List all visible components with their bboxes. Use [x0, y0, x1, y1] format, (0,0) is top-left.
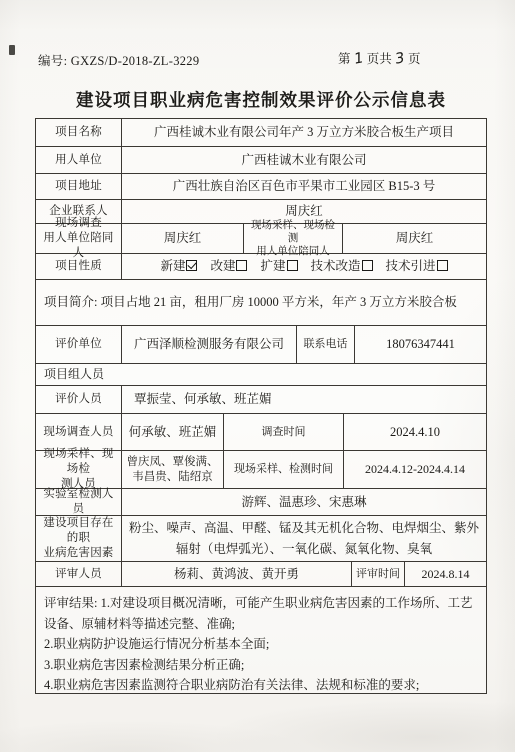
review-time-value: 2024.8.14 — [405, 562, 486, 586]
escort-value-2: 周庆红 — [343, 224, 486, 253]
escort-value: 周庆红 — [122, 224, 244, 253]
evaluators-value: 覃振莹、何承敏、班芷媚 — [122, 386, 486, 413]
row-address: 项目地址 广西壮族自治区百色市平果市工业园区 B15-3 号 — [36, 174, 486, 200]
evaluators-label: 评价人员 — [36, 386, 122, 413]
page-word: 第 — [338, 52, 351, 66]
team-header-text: 项目组人员 — [36, 364, 486, 385]
address-value: 广西壮族自治区百色市平果市工业园区 B15-3 号 — [122, 174, 486, 199]
hazards-value: 粉尘、噪声、高温、甲醛、锰及其无机化合物、电焊烟尘、紫外辐射（电焊弧光）、一氧化… — [122, 516, 486, 561]
nature-option-tech-upgrade: 技术改造 — [311, 259, 373, 274]
evaluator-org-value: 广西泽顺检测服务有限公司 — [122, 326, 297, 363]
checkbox-icon — [236, 260, 247, 271]
phone-label: 联系电话 — [297, 326, 355, 363]
review-result-line: 2.职业病防护设施运行情况分析基本全面; — [44, 634, 269, 655]
form-table: 项目名称 广西桂诚木业有限公司年产 3 万立方米胶合板生产项目 用人单位 广西桂… — [35, 118, 487, 694]
reviewers-value: 杨莉、黄鸿波、黄开勇 — [122, 562, 352, 586]
row-lab-staff: 实验室检测人员 游辉、温惠珍、宋惠琳 — [36, 489, 486, 516]
sampling-staff-value: 曾庆凤、覃俊满、 韦昌贵、陆绍京 — [122, 451, 224, 488]
checkbox-icon — [287, 260, 298, 271]
page-current-handwritten: 1 — [354, 50, 363, 68]
row-evaluators: 评价人员 覃振莹、何承敏、班芷媚 — [36, 386, 486, 414]
row-review-result: 评审结果: 1.对建设项目概况清晰，可能产生职业病危害因素的工作场所、工艺 设备… — [36, 587, 486, 693]
page-total-handwritten: 3 — [395, 50, 404, 68]
address-label: 项目地址 — [36, 174, 122, 199]
sampling-time-label: 现场采样、检测时间 — [224, 451, 344, 488]
survey-staff-value: 何承敏、班芷媚 — [122, 414, 224, 450]
review-result-block: 评审结果: 1.对建设项目概况清晰，可能产生职业病危害因素的工作场所、工艺 设备… — [36, 587, 486, 693]
page-word: 页共 — [367, 52, 392, 66]
row-hazards: 建设项目存在的职 业病危害因素 粉尘、噪声、高温、甲醛、锰及其无机化合物、电焊烟… — [36, 516, 486, 562]
sampling-staff-label: 现场采样、现场检 测人员 — [36, 451, 122, 488]
employer-label: 用人单位 — [36, 147, 122, 173]
review-result-line: 3.职业病危害因素检测结果分析正确; — [44, 655, 244, 676]
reviewers-label: 评审人员 — [36, 562, 122, 586]
row-reviewers: 评审人员 杨莉、黄鸿波、黄开勇 评审时间 2024.8.14 — [36, 562, 486, 587]
escort-label-2: 现场采样、现场检测 用人单位陪同人 — [244, 224, 343, 253]
lab-staff-value: 游辉、温惠珍、宋惠琳 — [122, 489, 486, 515]
survey-time-label: 调查时间 — [224, 414, 344, 450]
page-word: 页 — [408, 52, 421, 66]
review-result-line: 4.职业病危害因素监测符合职业病防治有关法律、法规和标准的要求; — [44, 675, 419, 696]
project-name-value: 广西桂诚木业有限公司年产 3 万立方米胶合板生产项目 — [122, 119, 486, 146]
review-result-line: 评审结果: 1.对建设项目概况清晰，可能产生职业病危害因素的工作场所、工艺 — [44, 593, 472, 614]
document-number: 编号: GXZS/D-2018-ZL-3229 — [38, 51, 199, 69]
row-evaluator-org: 评价单位 广西泽顺检测服务有限公司 联系电话 18076347441 — [36, 326, 486, 364]
survey-staff-label: 现场调查人员 — [36, 414, 122, 450]
row-sampling-staff: 现场采样、现场检 测人员 曾庆凤、覃俊满、 韦昌贵、陆绍京 现场采样、检测时间 … — [36, 451, 486, 489]
row-project-nature: 项目性质 新建 改建 扩建 技术改造 技术引进 — [36, 254, 486, 280]
checkbox-icon — [437, 260, 448, 271]
row-project-name: 项目名称 广西桂诚木业有限公司年产 3 万立方米胶合板生产项目 — [36, 119, 486, 147]
sampling-time-value: 2024.4.12-2024.4.14 — [344, 451, 486, 488]
row-employer: 用人单位 广西桂诚木业有限公司 — [36, 147, 486, 174]
row-escort: 现场调查 用人单位陪同人 周庆红 现场采样、现场检测 用人单位陪同人 周庆红 — [36, 224, 486, 254]
review-time-label: 评审时间 — [352, 562, 405, 586]
nature-option-new: 新建 — [160, 259, 197, 274]
scan-artifact-mark — [9, 45, 15, 55]
nature-option-rebuild: 改建 — [210, 259, 247, 274]
review-result-line: 设备、原辅材料等描述完整、准确; — [44, 614, 235, 635]
project-name-label: 项目名称 — [36, 119, 122, 146]
checkbox-checked-icon — [186, 260, 197, 271]
evaluator-org-label: 评价单位 — [36, 326, 122, 363]
page-indicator: 第1页共3页 — [338, 49, 421, 67]
row-team-header: 项目组人员 — [36, 364, 486, 386]
project-nature-label: 项目性质 — [36, 254, 122, 279]
employer-value: 广西桂诚木业有限公司 — [122, 147, 486, 173]
row-survey-staff: 现场调查人员 何承敏、班芷媚 调查时间 2024.4.10 — [36, 414, 486, 451]
nature-option-tech-import: 技术引进 — [386, 259, 448, 274]
hazards-label: 建设项目存在的职 业病危害因素 — [36, 516, 122, 561]
project-brief-text: 项目简介: 项目占地 21 亩，租用厂房 10000 平方米，年产 3 万立方米… — [36, 280, 486, 325]
row-project-brief: 项目简介: 项目占地 21 亩，租用厂房 10000 平方米，年产 3 万立方米… — [36, 280, 486, 326]
form-title: 建设项目职业病危害控制效果评价公示信息表 — [35, 87, 487, 112]
lab-staff-label: 实验室检测人员 — [36, 489, 122, 515]
scanned-form-page: 编号: GXZS/D-2018-ZL-3229 第1页共3页 建设项目职业病危害… — [0, 0, 515, 752]
checkbox-icon — [362, 260, 373, 271]
escort-label: 现场调查 用人单位陪同人 — [36, 224, 122, 253]
nature-option-expand: 扩建 — [260, 259, 297, 274]
project-nature-options: 新建 改建 扩建 技术改造 技术引进 — [122, 254, 486, 279]
survey-time-value: 2024.4.10 — [344, 414, 486, 450]
phone-value: 18076347441 — [355, 326, 486, 363]
